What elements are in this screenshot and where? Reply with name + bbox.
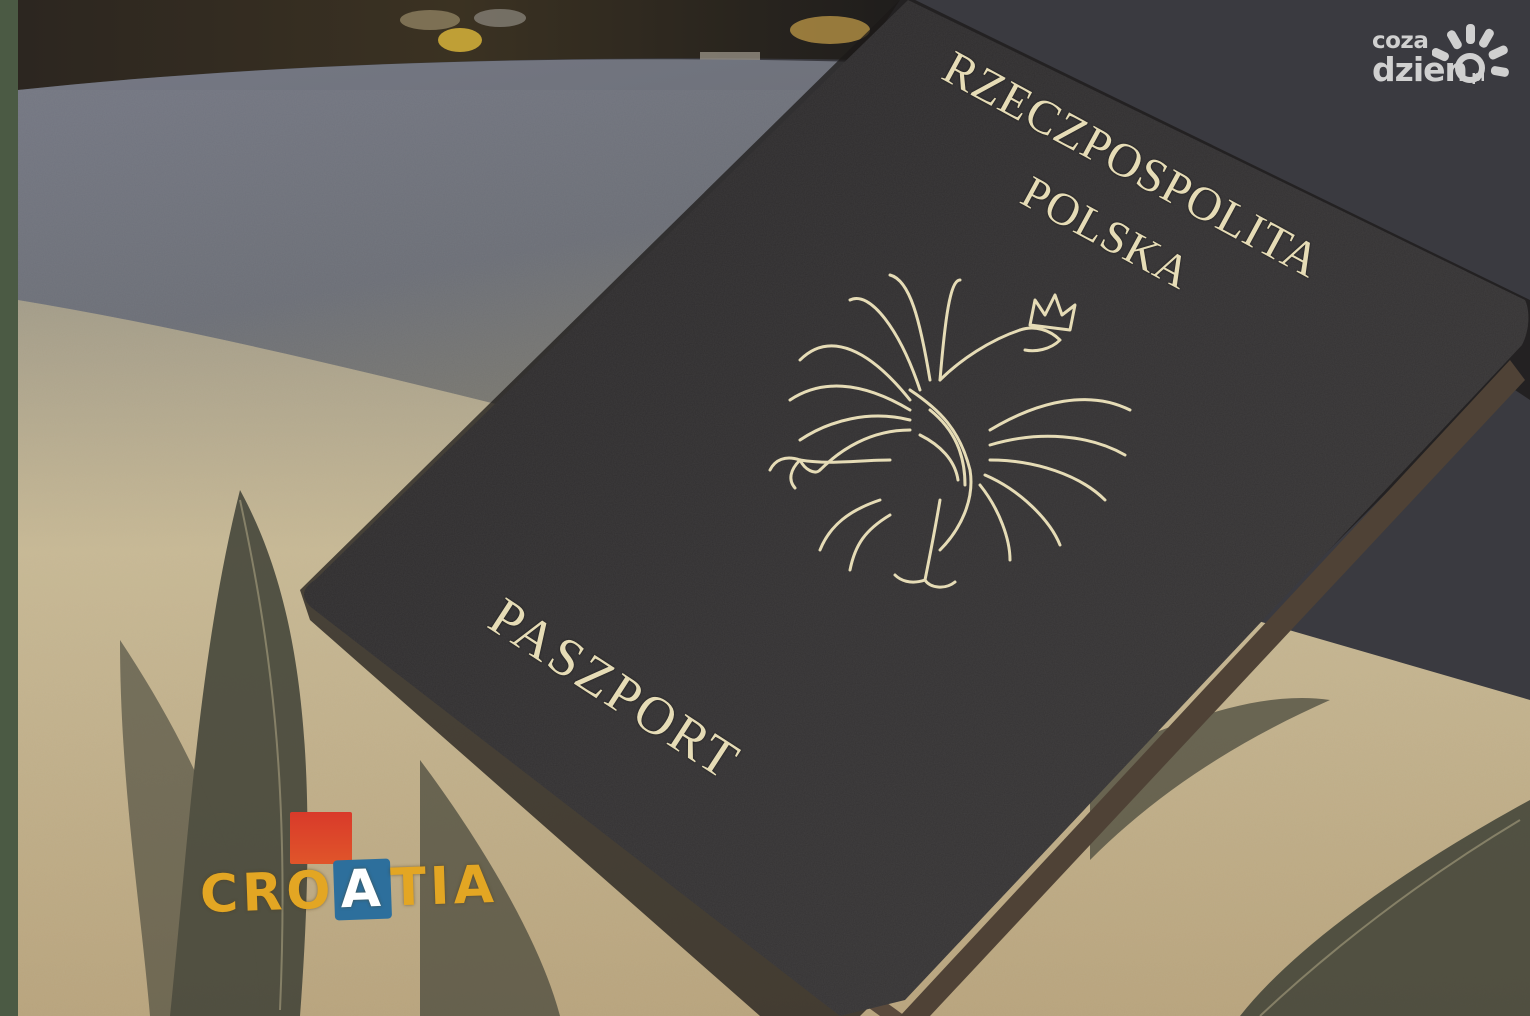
photo-scene: RZECZPOSPOLITA POLSKA PASZPORT CROATIA c… xyxy=(0,0,1530,1016)
croatia-logo: CROATIA xyxy=(199,855,499,925)
watermark-name: dzien xyxy=(1372,50,1467,89)
croatia-logo-prefix: CRO xyxy=(199,861,335,926)
croatia-logo-tile: A xyxy=(333,859,391,921)
watermark-line2: dzien.pl xyxy=(1372,53,1484,86)
white-eagle-emblem xyxy=(760,260,1150,590)
croatia-logo-suffix: TIA xyxy=(390,855,499,919)
site-watermark: coza dzien.pl xyxy=(1372,30,1484,86)
watermark-tld: .pl xyxy=(1467,69,1484,85)
croatia-logo-red-square xyxy=(290,812,352,864)
